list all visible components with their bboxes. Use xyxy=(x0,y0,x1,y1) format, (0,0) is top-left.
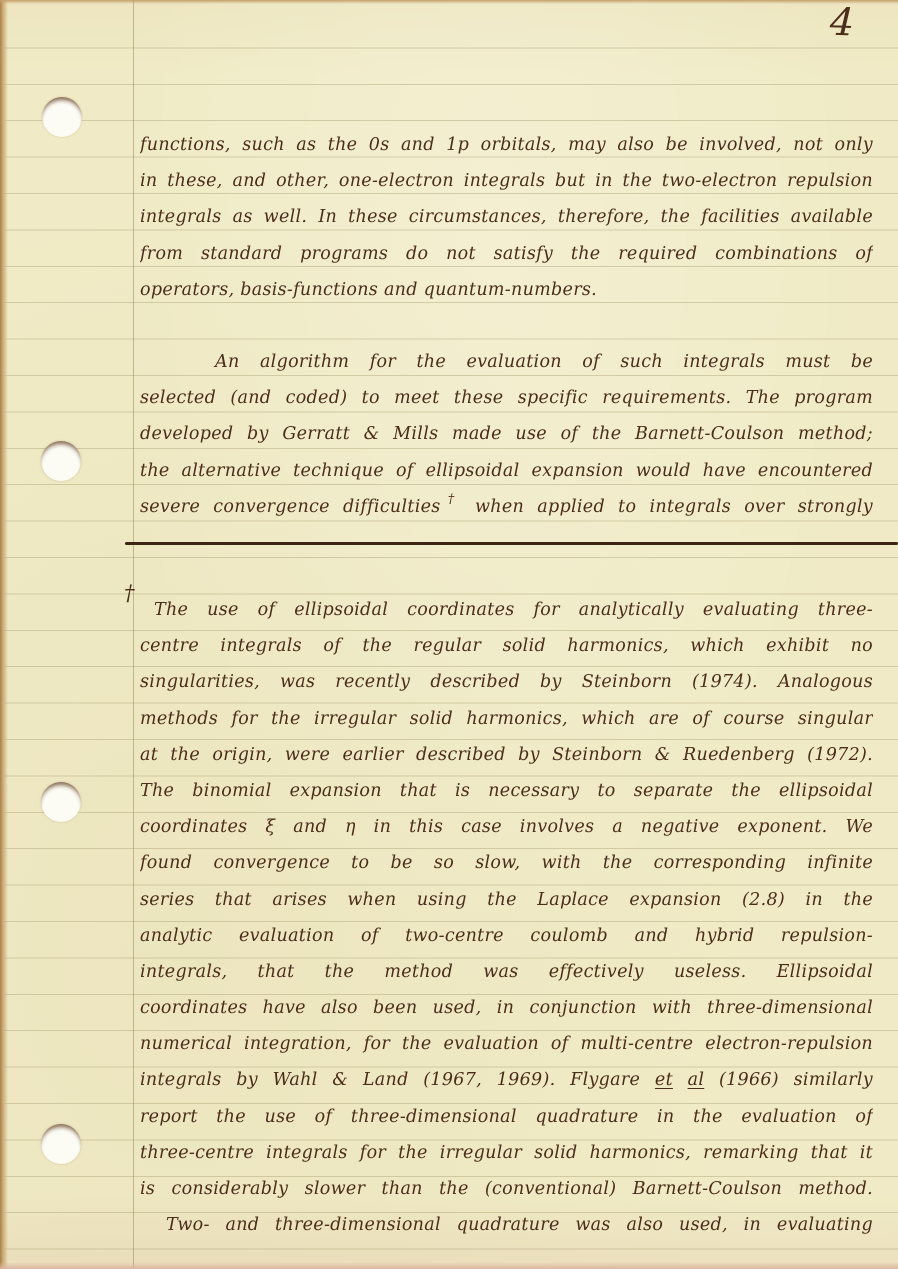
page-edge-top xyxy=(0,0,898,4)
handwritten-line: severe convergence difficulties† when ap… xyxy=(140,489,873,525)
footnote-separator-rule xyxy=(125,542,898,545)
handwritten-line: integrals, that the method was effective… xyxy=(140,954,873,990)
main-paragraph-2: An algorithm for the evaluation of such … xyxy=(140,344,873,525)
handwritten-line: report the use of three-dimensional quad… xyxy=(140,1099,873,1135)
handwritten-line: Two- and three-dimensional quadrature wa… xyxy=(140,1207,873,1243)
handwritten-line: in these, and other, one-electron integr… xyxy=(140,163,873,199)
main-paragraph-1: functions, such as the 0s and 1p orbital… xyxy=(140,127,873,308)
manuscript-page: 4 functions, such as the 0s and 1p orbit… xyxy=(0,0,898,1269)
hole-punch xyxy=(41,441,81,481)
hole-punch xyxy=(41,782,81,822)
handwritten-line: coordinates ξ and η in this case involve… xyxy=(140,809,873,845)
handwritten-line: integrals as well. In these circumstance… xyxy=(140,199,873,235)
handwritten-line: operators, basis-functions and quantum-n… xyxy=(140,272,873,308)
handwritten-line: found convergence to be so slow, with th… xyxy=(140,845,873,881)
handwritten-line: developed by Gerratt & Mills made use of… xyxy=(140,416,873,452)
page-number: 4 xyxy=(829,0,855,44)
handwritten-line: the alternative technique of ellipsoidal… xyxy=(140,453,873,489)
handwritten-line: numerical integration, for the evaluatio… xyxy=(140,1026,873,1062)
handwritten-line: analytic evaluation of two-centre coulom… xyxy=(140,918,873,954)
handwritten-line: at the origin, were earlier described by… xyxy=(140,737,873,773)
handwritten-line: series that arises when using the Laplac… xyxy=(140,882,873,918)
handwritten-line: integrals by Wahl & Land (1967, 1969). F… xyxy=(140,1062,873,1098)
handwritten-line: The use of ellipsoidal coordinates for a… xyxy=(140,592,873,628)
handwritten-line: centre integrals of the regular solid ha… xyxy=(140,628,873,664)
hole-punch xyxy=(42,97,82,137)
handwritten-line: methods for the irregular solid harmonic… xyxy=(140,701,873,737)
handwritten-line: coordinates have also been used, in conj… xyxy=(140,990,873,1026)
footnote-text: The use of ellipsoidal coordinates for a… xyxy=(140,592,873,1243)
page-edge-left xyxy=(0,0,8,1269)
handwritten-line: selected (and coded) to meet these speci… xyxy=(140,380,873,416)
handwritten-line: three-centre integrals for the irregular… xyxy=(140,1135,873,1171)
handwritten-line: The binomial expansion that is necessary… xyxy=(140,773,873,809)
handwritten-line: An algorithm for the evaluation of such … xyxy=(140,344,873,380)
handwritten-line: functions, such as the 0s and 1p orbital… xyxy=(140,127,873,163)
footnote-dagger-icon: † xyxy=(124,581,135,605)
margin-line xyxy=(133,0,134,1269)
handwritten-line: is considerably slower than the (convent… xyxy=(140,1171,873,1207)
hole-punch xyxy=(41,1124,81,1164)
handwritten-line: from standard programs do not satisfy th… xyxy=(140,236,873,272)
page-edge-bottom xyxy=(0,1262,898,1269)
handwritten-line: singularities, was recently described by… xyxy=(140,664,873,700)
